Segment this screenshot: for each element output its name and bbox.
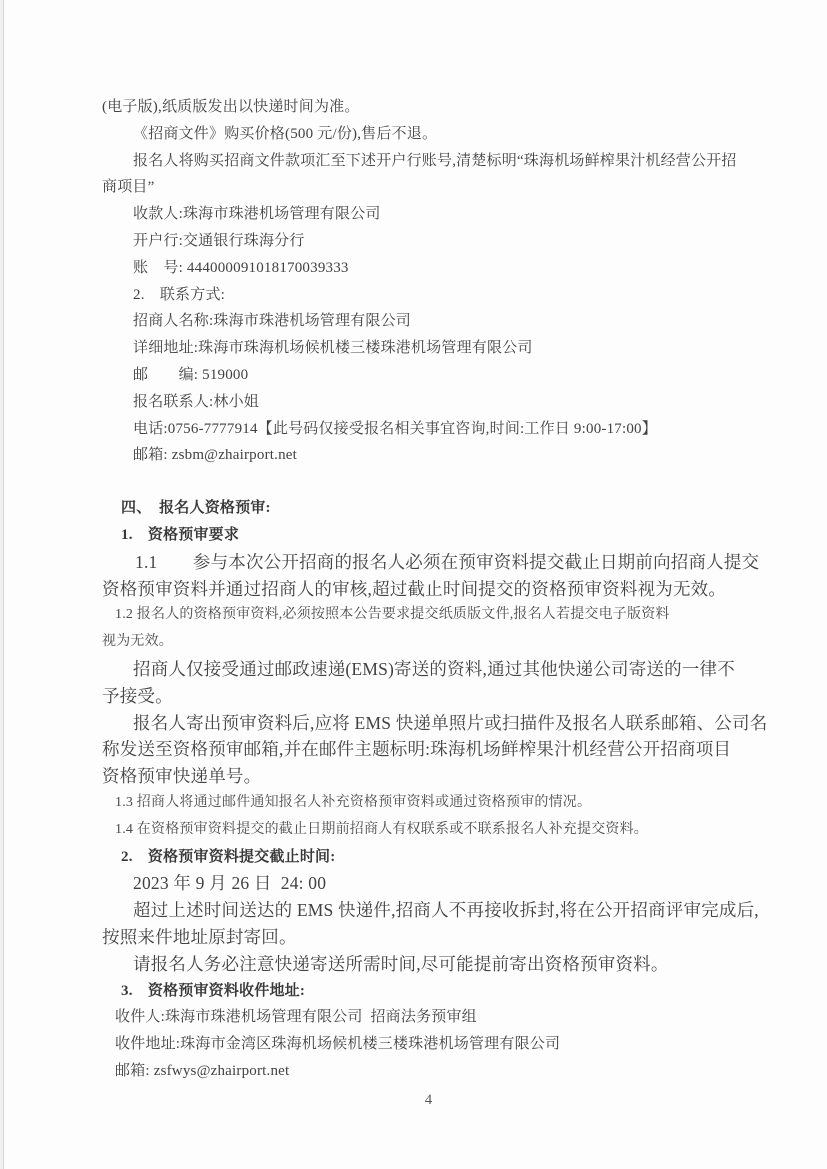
scan-edge-line bbox=[3, 0, 4, 1169]
text-line: 1.2 报名人的资格预审资料,必须按照本公告要求提交纸质版文件,报名人若提交电子… bbox=[115, 602, 762, 629]
document-body: (电子版),纸质版发出以快递时间为准。《招商文件》购买价格(500 元/份),售… bbox=[102, 94, 762, 1085]
text-line: 1.1 参与本次公开招商的报名人必须在预审资料提交截止日期前向招商人提交 bbox=[135, 549, 762, 576]
text-line: 《招商文件》购买价格(500 元/份),售后不退。 bbox=[133, 121, 762, 148]
text-line: 1.3 招商人将通过邮件通知报名人补充资格预审资料或通过资格预审的情况。 bbox=[115, 790, 762, 817]
text-line: 报名人寄出预审资料后,应将 EMS 快递单照片或扫描件及报名人联系邮箱、公司名 bbox=[133, 710, 762, 737]
text-line: 详细地址:珠海市珠海机场候机楼三楼珠港机场管理有限公司 bbox=[133, 335, 762, 362]
text-line: 报名人将购买招商文件款项汇至下述开户行账号,清楚标明“珠海机场鲜榨果汁机经营公开… bbox=[133, 148, 762, 175]
text-line: 资格预审快递单号。 bbox=[102, 763, 762, 790]
text-line: 资格预审资料并通过招商人的审核,超过截止时间提交的资格预审资料视为无效。 bbox=[102, 576, 762, 603]
page-number: 4 bbox=[395, 1092, 432, 1108]
text-line: 邮 编: 519000 bbox=[133, 362, 762, 389]
text-line: 收件地址:珠海市金湾区珠海机场候机楼三楼珠港机场管理有限公司 bbox=[115, 1031, 762, 1058]
page-footer: 4 bbox=[0, 1092, 827, 1109]
text-line: 1.4 在资格预审资料提交的截止日期前招商人有权联系或不联系报名人补充提交资料。 bbox=[115, 817, 762, 844]
text-line: 按照来件地址原封寄回。 bbox=[102, 924, 762, 951]
text-line: 2. 资格预审资料提交截止时间: bbox=[121, 844, 762, 871]
text-line: 开户行:交通银行珠海分行 bbox=[133, 228, 762, 255]
text-line: 邮箱: zsbm@zhairport.net bbox=[133, 442, 762, 469]
text-line: 视为无效。 bbox=[102, 629, 762, 656]
text-line: 2. 联系方式: bbox=[133, 282, 762, 309]
text-line: 称发送至资格预审邮箱,并在邮件主题标明:珠海机场鲜榨果汁机经营公开招商项目 bbox=[102, 736, 762, 763]
text-line: 请报名人务必注意快递寄送所需时间,尽可能提前寄出资格预审资料。 bbox=[133, 951, 762, 978]
text-line: 3. 资格预审资料收件地址: bbox=[121, 978, 762, 1005]
text-line: 超过上述时间送达的 EMS 快递件,招商人不再接收拆封,将在公开招商评审完成后, bbox=[133, 897, 762, 924]
scanned-document-page: (电子版),纸质版发出以快递时间为准。《招商文件》购买价格(500 元/份),售… bbox=[0, 0, 827, 1169]
text-line: 四、 报名人资格预审: bbox=[121, 495, 762, 522]
text-line: 报名联系人:林小姐 bbox=[133, 389, 762, 416]
text-line: 邮箱: zsfwys@zhairport.net bbox=[115, 1058, 762, 1085]
text-line: 账 号: 444000091018170039333 bbox=[133, 255, 762, 282]
text-line: 予接受。 bbox=[102, 683, 762, 710]
text-line: 电话:0756-7777914【此号码仅接受报名相关事宜咨询,时间:工作日 9:… bbox=[133, 416, 762, 443]
text-line: (电子版),纸质版发出以快递时间为准。 bbox=[102, 94, 762, 121]
text-line: 2023 年 9 月 26 日 24: 00 bbox=[133, 870, 762, 897]
text-line: 商项目” bbox=[102, 174, 762, 201]
text-line: 招商人仅接受通过邮政速递(EMS)寄送的资料,通过其他快递公司寄送的一律不 bbox=[133, 656, 762, 683]
text-line: 1. 资格预审要求 bbox=[121, 522, 762, 549]
text-line: 收款人:珠海市珠港机场管理有限公司 bbox=[133, 201, 762, 228]
text-line: 招商人名称:珠海市珠港机场管理有限公司 bbox=[133, 308, 762, 335]
text-line: 收件人:珠海市珠港机场管理有限公司 招商法务预审组 bbox=[115, 1004, 762, 1031]
